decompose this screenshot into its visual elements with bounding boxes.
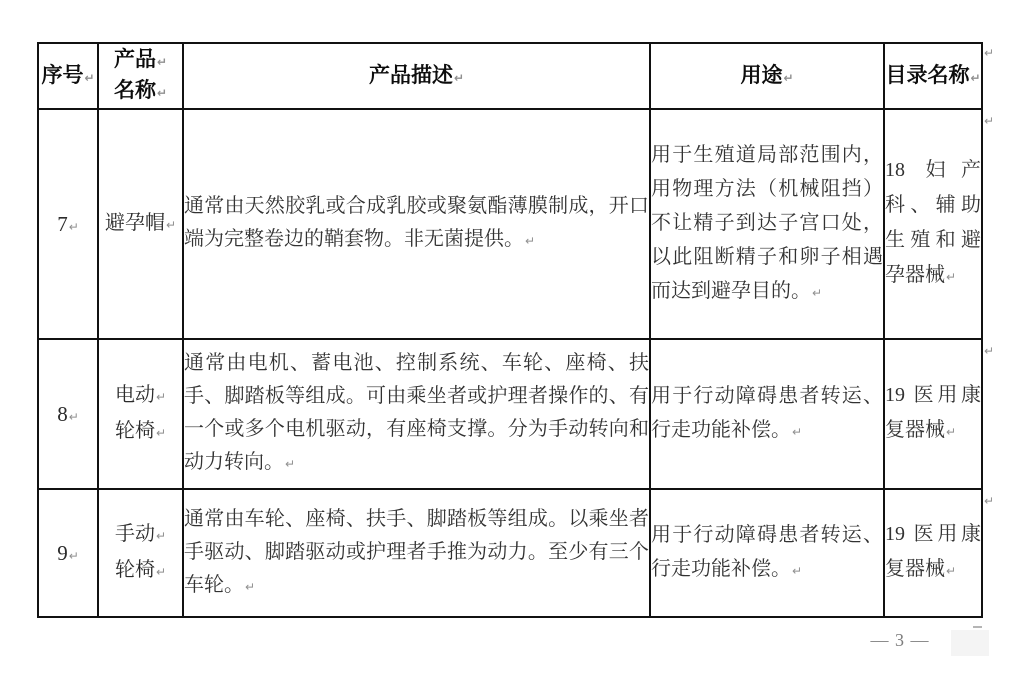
header-catalog-label: 目录名称 [885,63,969,87]
scan-artifact [951,630,989,656]
scan-artifact [973,626,982,628]
return-mark-icon: ↵ [244,580,255,594]
header-product-name-line: 名称↵ [99,76,182,107]
return-mark-icon: ↵ [453,71,464,85]
return-mark-icon: ↵ [156,86,167,100]
return-mark-icon: ↵ [945,425,956,439]
header-description: 产品描述↵ [183,43,650,109]
header-description-label: 产品描述 [369,63,453,87]
page-number: — 3 — [850,630,950,651]
return-mark-icon: ↵ [83,71,94,85]
return-mark-icon: ↵ [68,410,79,424]
cell-index: 8↵ [38,339,98,489]
row-end-mark-icon: ↵ [984,344,994,358]
document-page: 序号↵ 产品↵ 名称↵ 产品描述↵ 用途↵ 目录名称↵ 7↵ 避孕帽↵ [0,0,1023,673]
header-index: 序号↵ [38,43,98,109]
cell-product-name: 电动↵ 轮椅↵ [98,339,183,489]
return-mark-icon: ↵ [945,564,956,578]
return-mark-icon: ↵ [155,529,166,543]
return-mark-icon: ↵ [782,71,793,85]
header-product-name-line: 产品↵ [99,45,182,76]
header-use: 用途↵ [650,43,884,109]
cell-catalog: 19 医用康复器械↵ [884,489,982,617]
cell-index: 9↵ [38,489,98,617]
return-mark-icon: ↵ [155,426,166,440]
cell-product-name: 手动↵ 轮椅↵ [98,489,183,617]
return-mark-icon: ↵ [524,234,535,248]
cell-use: 用于行动障碍患者转运、行走功能补偿。↵ [650,339,884,489]
cell-use: 用于行动障碍患者转运、行走功能补偿。↵ [650,489,884,617]
row-end-mark-icon: ↵ [984,46,994,60]
row-end-mark-icon: ↵ [984,114,994,128]
cell-catalog: 18 妇产科、辅助生殖和避孕器械↵ [884,109,982,339]
return-mark-icon: ↵ [791,425,802,439]
table-row: 8↵ 电动↵ 轮椅↵ 通常由电机、蓄电池、控制系统、车轮、座椅、扶手、脚踏板等组… [38,339,982,489]
return-mark-icon: ↵ [945,270,956,284]
table-row: 7↵ 避孕帽↵ 通常由天然胶乳或合成乳胶或聚氨酯薄膜制成，开口端为完整卷边的鞘套… [38,109,982,339]
header-index-label: 序号 [41,63,83,87]
table-row: 9↵ 手动↵ 轮椅↵ 通常由车轮、座椅、扶手、脚踏板等组成。以乘坐者手驱动、脚踏… [38,489,982,617]
return-mark-icon: ↵ [811,286,822,300]
return-mark-icon: ↵ [68,220,79,234]
return-mark-icon: ↵ [165,218,176,232]
product-catalog-table: 序号↵ 产品↵ 名称↵ 产品描述↵ 用途↵ 目录名称↵ 7↵ 避孕帽↵ [37,42,983,618]
cell-description: 通常由车轮、座椅、扶手、脚踏板等组成。以乘坐者手驱动、脚踏驱动或护理者手推为动力… [183,489,650,617]
return-mark-icon: ↵ [155,390,166,404]
return-mark-icon: ↵ [155,565,166,579]
cell-index: 7↵ [38,109,98,339]
return-mark-icon: ↵ [284,457,295,471]
table-header-row: 序号↵ 产品↵ 名称↵ 产品描述↵ 用途↵ 目录名称↵ [38,43,982,109]
cell-description: 通常由天然胶乳或合成乳胶或聚氨酯薄膜制成，开口端为完整卷边的鞘套物。非无菌提供。… [183,109,650,339]
cell-product-name: 避孕帽↵ [98,109,183,339]
return-mark-icon: ↵ [68,549,79,563]
row-end-mark-icon: ↵ [984,494,994,508]
return-mark-icon: ↵ [791,564,802,578]
header-catalog: 目录名称↵ [884,43,982,109]
return-mark-icon: ↵ [156,55,167,69]
cell-use: 用于生殖道局部范围内，用物理方法（机械阻挡）不让精子到达子宫口处，以此阻断精子和… [650,109,884,339]
cell-description: 通常由电机、蓄电池、控制系统、车轮、座椅、扶手、脚踏板等组成。可由乘坐者或护理者… [183,339,650,489]
return-mark-icon: ↵ [969,71,980,85]
header-use-label: 用途 [740,63,782,87]
header-product-name: 产品↵ 名称↵ [98,43,183,109]
cell-catalog: 19 医用康复器械↵ [884,339,982,489]
